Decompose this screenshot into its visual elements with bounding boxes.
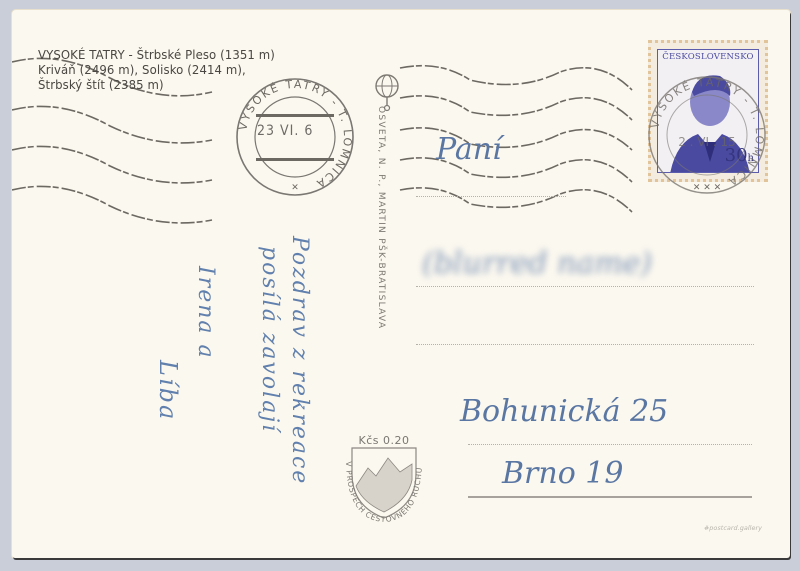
tax-stamp-value: Kčs 0.20 [338, 434, 430, 447]
message-line-2: posílá zavolají [257, 246, 282, 433]
publisher-imprint: OSVETA, N. P., MARTIN PŠK-BRATISLAVA [376, 106, 386, 329]
message-line-3: Irena a [193, 266, 218, 360]
postcard: VYSOKÉ TATRY - Štrbské Pleso (1351 m) Kr… [12, 10, 790, 558]
tax-stamp: V PROSPECH CESTOVNÉHO RUCHU Kčs 0.20 [338, 428, 430, 524]
watermark: #postcard.gallery [704, 524, 762, 532]
message-line-1: Pozdrav z rekreace [287, 236, 312, 485]
recipient-city: Brno 19 [502, 456, 623, 491]
postmark-right: VYSOKÉ TATRY - T. LOMNICA 2 . VI . 15 ✕ … [642, 70, 772, 200]
recipient-salutation: Paní [436, 132, 502, 167]
svg-text:2 . VI . 15: 2 . VI . 15 [678, 135, 736, 149]
message-line-4: Líba [154, 360, 182, 421]
svg-text:VYSOKÉ TATRY - T. LOMNICA: VYSOKÉ TATRY - T. LOMNICA [648, 76, 766, 189]
stamp-country: ČESKOSLOVENSKO [658, 52, 758, 62]
caption-line-1: VYSOKÉ TATRY - Štrbské Pleso (1351 m) [38, 48, 275, 63]
address-line-1 [416, 196, 566, 197]
address-line-5 [468, 496, 752, 498]
recipient-street: Bohunická 25 [460, 394, 668, 429]
svg-text:✕: ✕ [291, 183, 299, 193]
svg-text:✕ ✕ ✕: ✕ ✕ ✕ [693, 183, 721, 193]
address-line-2 [416, 286, 754, 287]
address-line-3 [416, 344, 754, 345]
recipient-name-redacted: (blurred name) [422, 246, 652, 281]
address-line-4 [468, 444, 752, 445]
postmark-left-date: 23 VI. 6 [257, 123, 313, 139]
